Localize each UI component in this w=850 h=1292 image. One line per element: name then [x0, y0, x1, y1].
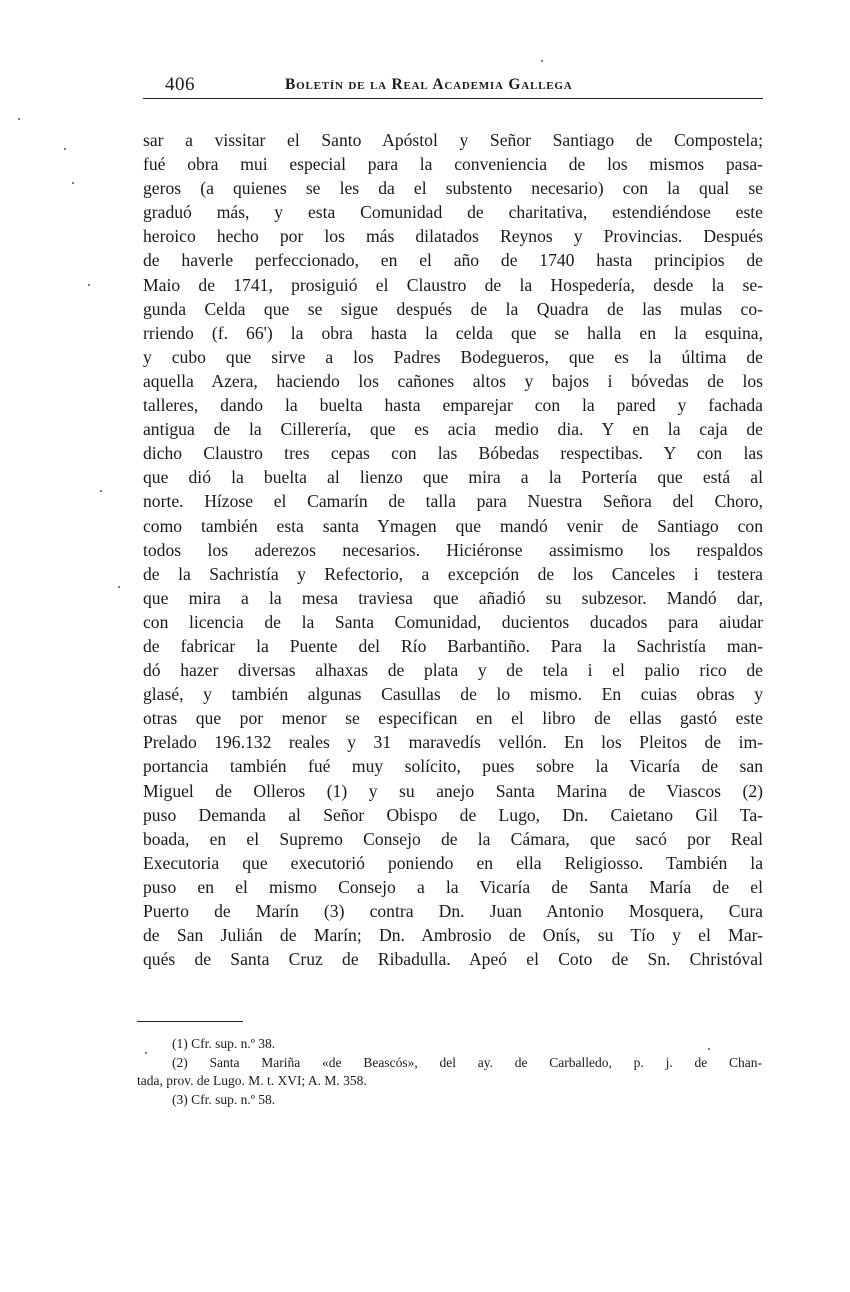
text-line: Maio de 1741, prosiguió el Claustro de l…	[143, 273, 763, 297]
text-line: Executoria que executorió poniendo en el…	[143, 851, 763, 875]
scan-speck	[18, 118, 20, 120]
scan-speck	[72, 182, 74, 184]
text-line: otras que por menor se especifican en el…	[143, 706, 763, 730]
footnote-line: (2) Santa Mariña «de Beascós», del ay. d…	[137, 1054, 762, 1073]
text-line: todos los aderezos necesarios. Hiciérons…	[143, 538, 763, 562]
running-header: 406 Boletín de la Real Academia Gallega	[143, 74, 763, 99]
text-line: y cubo que sirve a los Padres Bodegueros…	[143, 345, 763, 369]
text-line: de fabricar la Puente del Río Barbantiño…	[143, 634, 763, 658]
text-line: puso en el mismo Consejo a la Vicaría de…	[143, 875, 763, 899]
footnotes: (1) Cfr. sup. n.º 38.(2) Santa Mariña «d…	[137, 1035, 762, 1109]
footnote-line: tada, prov. de Lugo. M. t. XVI; A. M. 35…	[137, 1072, 762, 1091]
text-line: qués de Santa Cruz de Ribadulla. Apeó el…	[143, 947, 763, 971]
scan-speck	[118, 586, 120, 588]
text-line: puso Demanda al Señor Obispo de Lugo, Dn…	[143, 803, 763, 827]
text-line: Puerto de Marín (3) contra Dn. Juan Anto…	[143, 899, 763, 923]
footnote-divider	[137, 1021, 243, 1022]
text-line: aquella Azera, haciendo los cañones alto…	[143, 369, 763, 393]
text-line: Prelado 196.132 reales y 31 maravedís ve…	[143, 730, 763, 754]
page-number: 406	[165, 74, 195, 96]
text-line: de haverle perfeccionado, en el año de 1…	[143, 248, 763, 272]
scan-speck	[145, 1052, 147, 1054]
text-line: talleres, dando la buelta hasta empareja…	[143, 393, 763, 417]
text-line: rriendo (f. 66') la obra hasta la celda …	[143, 321, 763, 345]
scan-speck	[100, 490, 102, 492]
text-line: que dió la buelta al lienzo que mira a l…	[143, 465, 763, 489]
journal-title: Boletín de la Real Academia Gallega	[285, 76, 573, 94]
text-line: glasé, y también algunas Casullas de lo …	[143, 682, 763, 706]
footnote-line: (1) Cfr. sup. n.º 38.	[137, 1035, 762, 1054]
text-line: graduó más, y esta Comunidad de charitat…	[143, 200, 763, 224]
text-line: de San Julián de Marín; Dn. Ambrosio de …	[143, 923, 763, 947]
scan-speck	[708, 1048, 710, 1050]
scan-speck	[541, 60, 543, 62]
text-line: Miguel de Olleros (1) y su anejo Santa M…	[143, 779, 763, 803]
footnote-line: (3) Cfr. sup. n.º 58.	[137, 1091, 762, 1110]
text-line: con licencia de la Santa Comunidad, duci…	[143, 610, 763, 634]
text-line: sar a vissitar el Santo Apóstol y Señor …	[143, 128, 763, 152]
text-line: portancia también fué muy solícito, pues…	[143, 754, 763, 778]
scanned-page: 406 Boletín de la Real Academia Gallega …	[0, 0, 850, 1292]
text-line: boada, en el Supremo Consejo de la Cámar…	[143, 827, 763, 851]
text-line: norte. Hízose el Camarín de talla para N…	[143, 489, 763, 513]
text-line: dicho Claustro tres cepas con las Bóbeda…	[143, 441, 763, 465]
text-line: fué obra mui especial para la convenienc…	[143, 152, 763, 176]
body-text: sar a vissitar el Santo Apóstol y Señor …	[143, 128, 763, 971]
text-line: que mira a la mesa traviesa que añadió s…	[143, 586, 763, 610]
text-line: geros (a quienes se les da el substento …	[143, 176, 763, 200]
text-line: heroico hecho por los más dilatados Reyn…	[143, 224, 763, 248]
scan-speck	[88, 284, 90, 286]
scan-speck	[64, 148, 66, 150]
text-line: antigua de la Cillerería, que es acia me…	[143, 417, 763, 441]
text-line: de la Sachristía y Refectorio, a excepci…	[143, 562, 763, 586]
text-line: como también esta santa Ymagen que mandó…	[143, 514, 763, 538]
text-line: gunda Celda que se sigue después de la Q…	[143, 297, 763, 321]
text-line: dó hazer diversas alhaxas de plata y de …	[143, 658, 763, 682]
